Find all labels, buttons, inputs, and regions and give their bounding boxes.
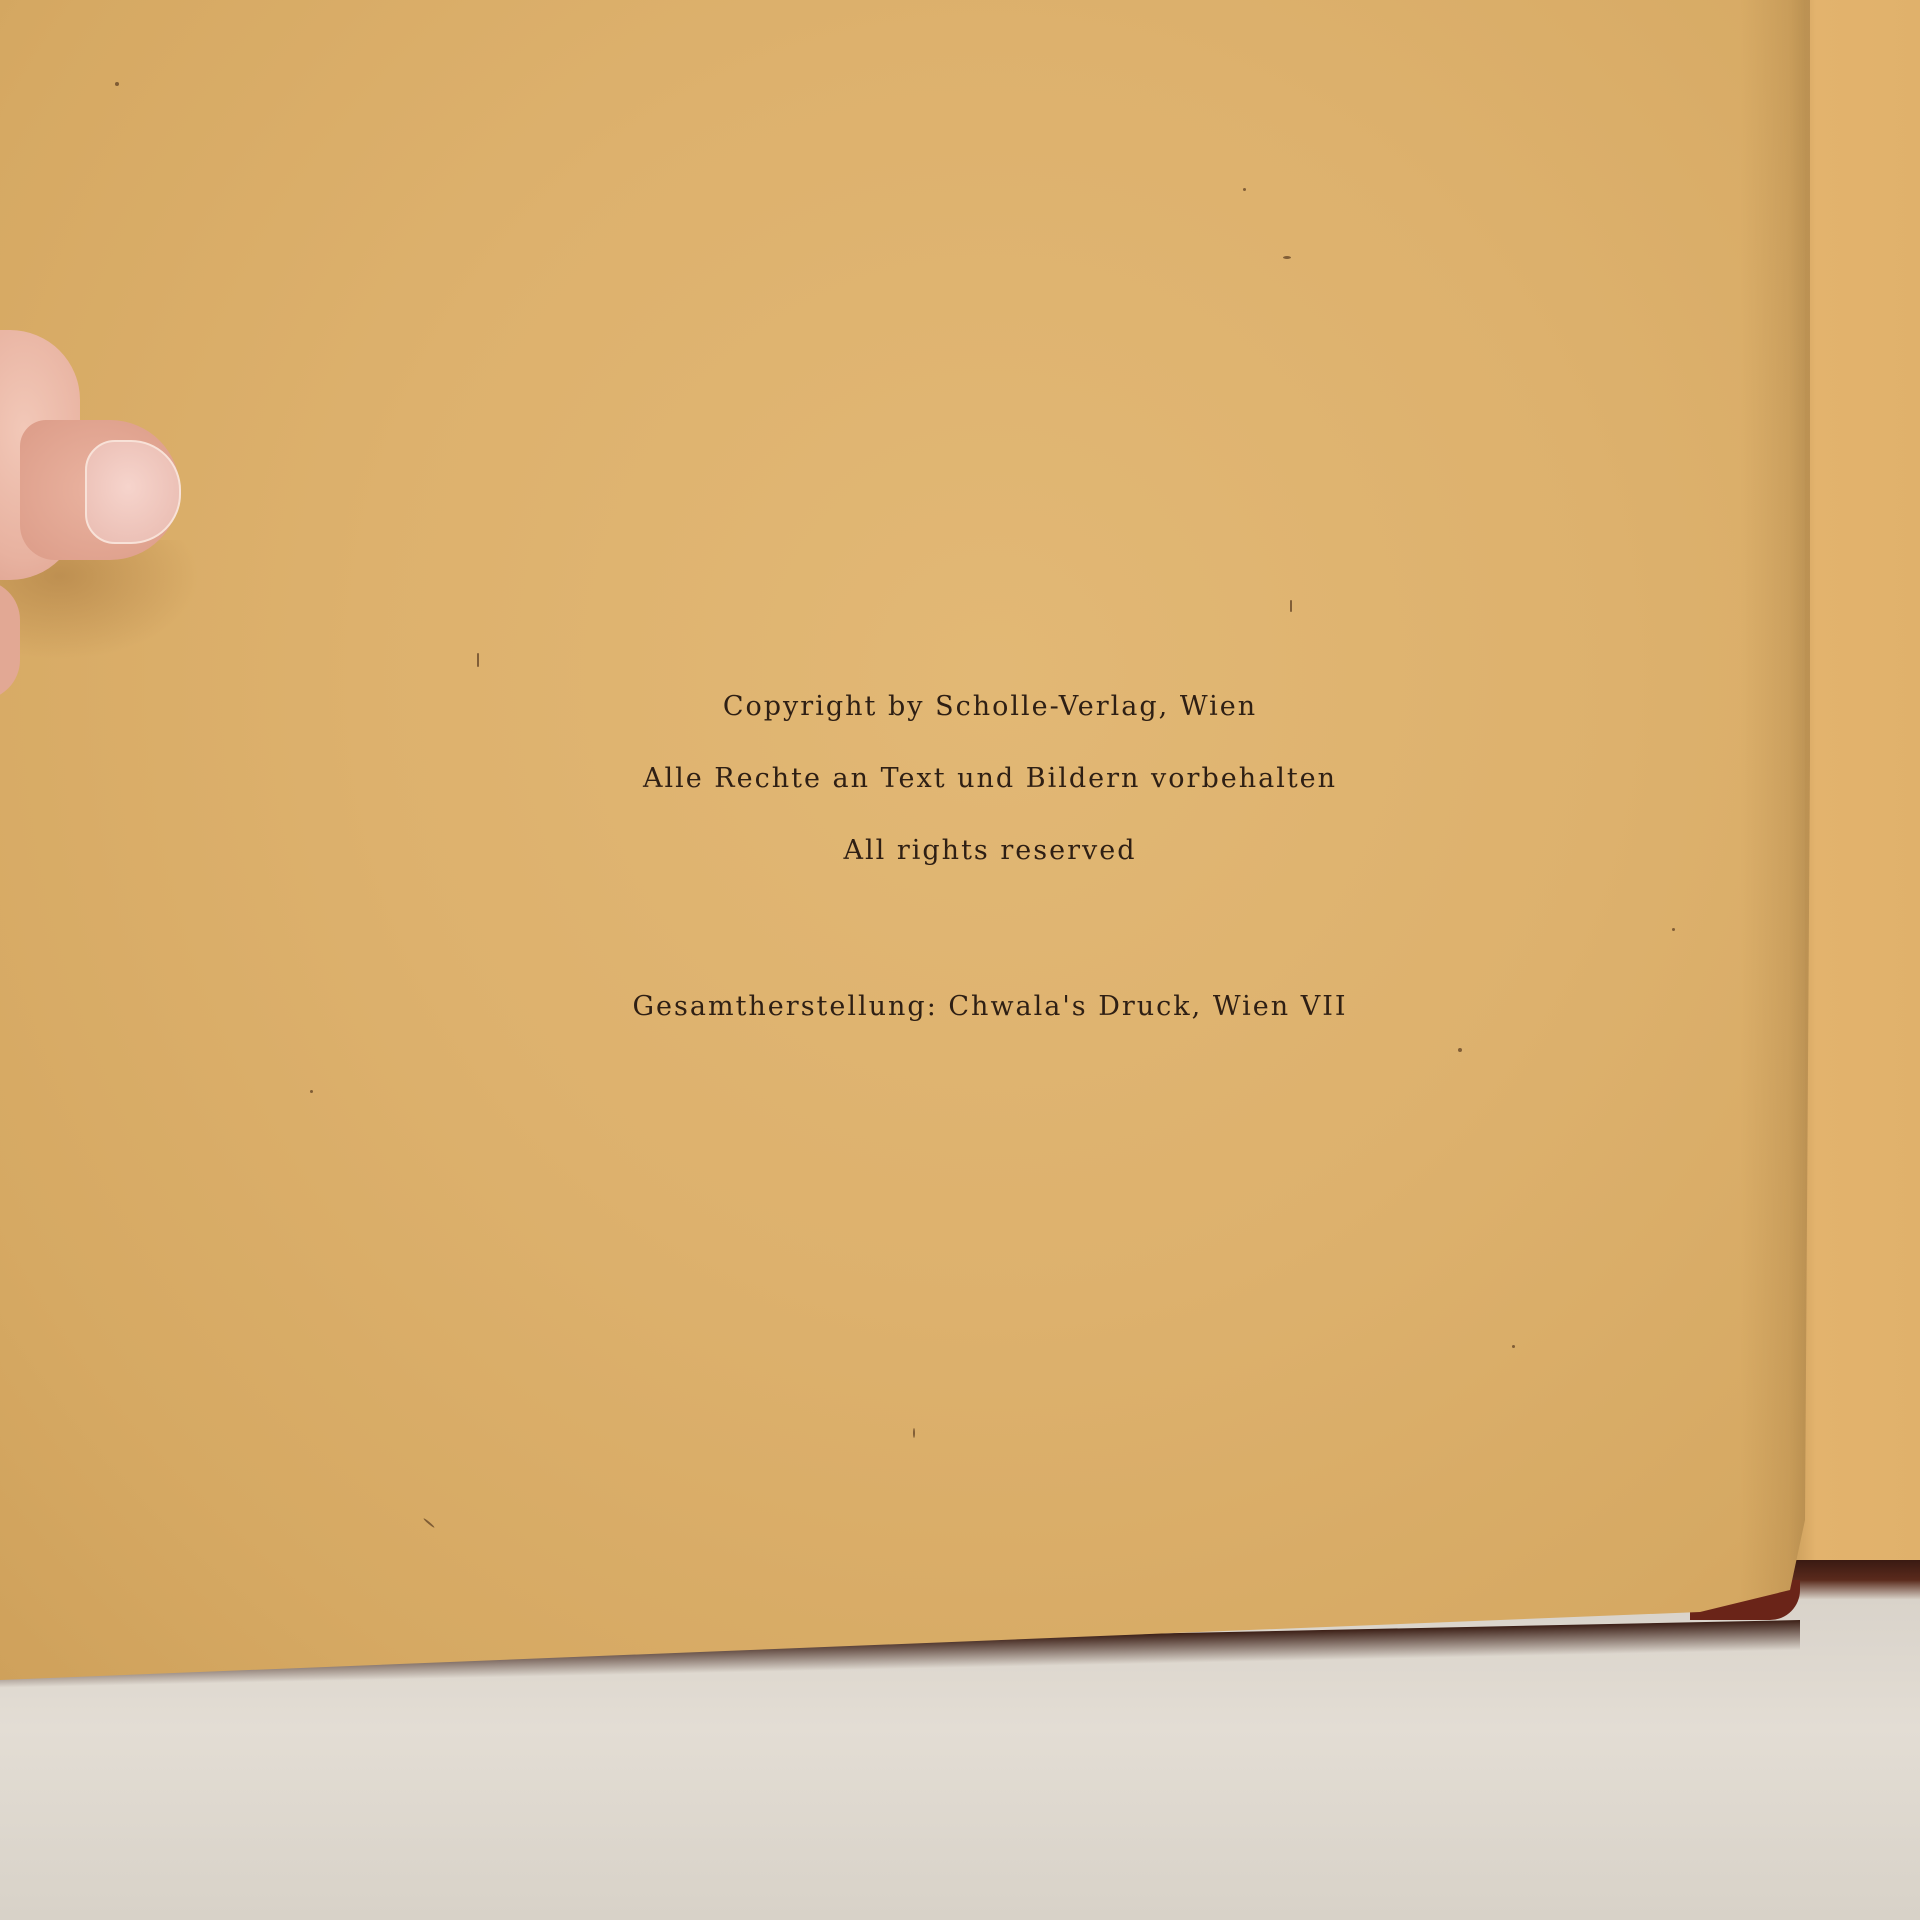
page-shadow [1790,1560,1920,1600]
book-page: Copyright by Scholle-Verlag, Wien Alle R… [0,0,1805,1680]
paper-speck [1672,928,1675,931]
paper-speck [477,653,479,667]
page-curl-shading [1740,0,1810,1600]
paper-speck [1512,1345,1515,1348]
paper-speck [1458,1048,1462,1052]
rights-reserved-english: All rights reserved [560,834,1420,868]
paper-speck [913,1428,915,1438]
printer-credit: Gesamtherstellung: Chwala's Druck, Wien … [560,990,1420,1024]
copyright-line: Copyright by Scholle-Verlag, Wien [560,690,1420,724]
paper-speck [115,82,119,86]
paper-speck [423,1518,435,1529]
rights-reserved-german: Alle Rechte an Text und Bildern vorbehal… [560,762,1420,796]
paper-speck [310,1090,313,1093]
fingernail [85,440,181,544]
paper-speck [1290,600,1292,612]
paper-speck [1283,256,1291,259]
paper-speck [1243,188,1246,191]
